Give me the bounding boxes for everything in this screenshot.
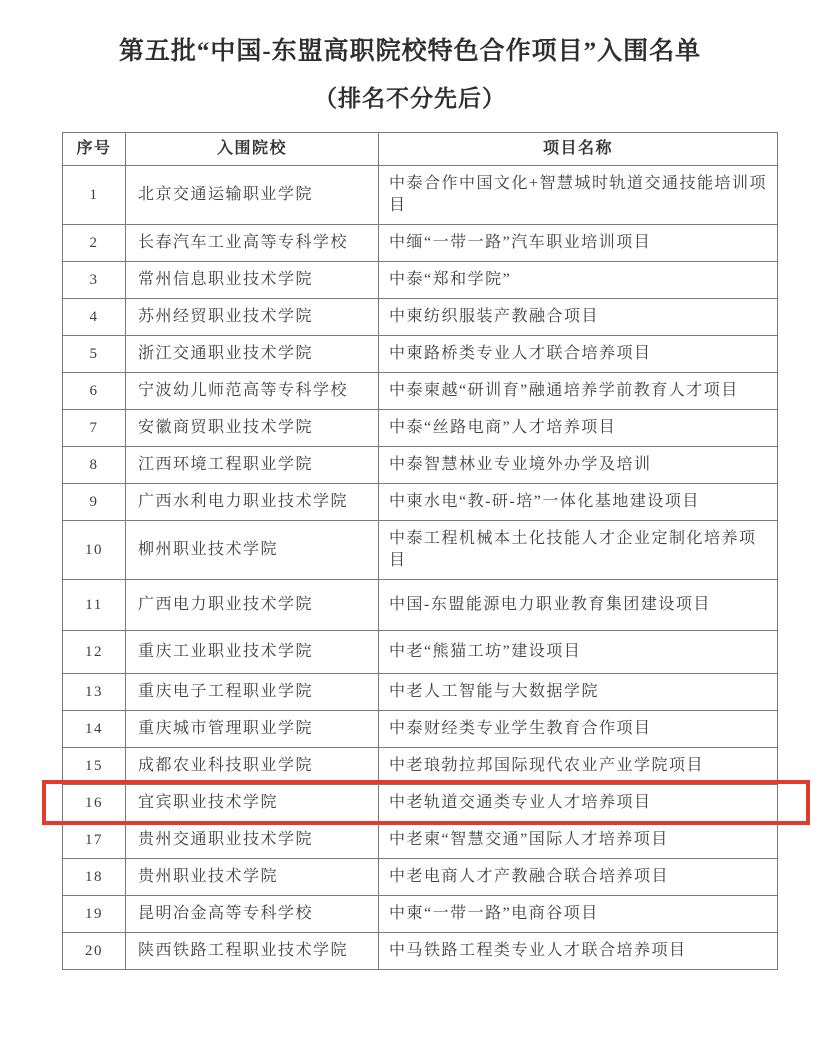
table-row: 12 重庆工业职业技术学院 中老“熊猫工坊”建设项目	[63, 631, 778, 674]
school-name: 长春汽车工业高等专科学校	[126, 225, 379, 262]
row-number: 13	[63, 674, 126, 711]
school-name: 宜宾职业技术学院	[126, 785, 379, 822]
school-name: 成都农业科技职业学院	[126, 748, 379, 785]
table-row: 13 重庆电子工程职业学院 中老人工智能与大数据学院	[63, 674, 778, 711]
row-number: 12	[63, 631, 126, 674]
row-number: 6	[63, 373, 126, 410]
school-name: 苏州经贸职业技术学院	[126, 299, 379, 336]
row-number: 14	[63, 711, 126, 748]
project-name: 中泰“丝路电商”人才培养项目	[379, 410, 778, 447]
table-row: 6 宁波幼儿师范高等专科学校 中泰柬越“研训育”融通培养学前教育人才项目	[63, 373, 778, 410]
row-number: 7	[63, 410, 126, 447]
row-number: 17	[63, 822, 126, 859]
table-row: 17 贵州交通职业技术学院 中老柬“智慧交通”国际人才培养项目	[63, 822, 778, 859]
project-name: 中泰工程机械本土化技能人才企业定制化培养项目	[379, 521, 778, 580]
project-name: 中柬“一带一路”电商谷项目	[379, 896, 778, 933]
school-name: 贵州职业技术学院	[126, 859, 379, 896]
table-row: 7 安徽商贸职业技术学院 中泰“丝路电商”人才培养项目	[63, 410, 778, 447]
row-number: 5	[63, 336, 126, 373]
project-name: 中泰柬越“研训育”融通培养学前教育人才项目	[379, 373, 778, 410]
table-row: 2 长春汽车工业高等专科学校 中缅“一带一路”汽车职业培训项目	[63, 225, 778, 262]
table-row: 1 北京交通运输职业学院 中泰合作中国文化+智慧城时轨道交通技能培训项目	[63, 166, 778, 225]
row-number: 20	[63, 933, 126, 970]
row-number: 9	[63, 484, 126, 521]
table-row: 8 江西环境工程职业学院 中泰智慧林业专业境外办学及培训	[63, 447, 778, 484]
table-row: 14 重庆城市管理职业学院 中泰财经类专业学生教育合作项目	[63, 711, 778, 748]
row-number: 4	[63, 299, 126, 336]
row-number: 11	[63, 580, 126, 631]
table-row: 10 柳州职业技术学院 中泰工程机械本土化技能人才企业定制化培养项目	[63, 521, 778, 580]
project-name: 中泰智慧林业专业境外办学及培训	[379, 447, 778, 484]
project-name: 中泰“郑和学院”	[379, 262, 778, 299]
table-row: 11 广西电力职业技术学院 中国-东盟能源电力职业教育集团建设项目	[63, 580, 778, 631]
row-number: 16	[63, 785, 126, 822]
project-name: 中老“熊猫工坊”建设项目	[379, 631, 778, 674]
table-row: 9 广西水利电力职业技术学院 中柬水电“教-研-培”一体化基地建设项目	[63, 484, 778, 521]
project-name: 中国-东盟能源电力职业教育集团建设项目	[379, 580, 778, 631]
school-name: 江西环境工程职业学院	[126, 447, 379, 484]
project-name: 中柬路桥类专业人才联合培养项目	[379, 336, 778, 373]
table-header-row: 序号 入围院校 项目名称	[63, 133, 778, 166]
page-subtitle: （排名不分先后）	[0, 82, 820, 116]
school-name: 常州信息职业技术学院	[126, 262, 379, 299]
project-name: 中泰合作中国文化+智慧城时轨道交通技能培训项目	[379, 166, 778, 225]
table-row: 20 陕西铁路工程职业技术学院 中马铁路工程类专业人才联合培养项目	[63, 933, 778, 970]
row-number: 10	[63, 521, 126, 580]
header-project: 项目名称	[379, 133, 778, 166]
project-name: 中缅“一带一路”汽车职业培训项目	[379, 225, 778, 262]
row-number: 3	[63, 262, 126, 299]
table-row: 4 苏州经贸职业技术学院 中柬纺织服装产教融合项目	[63, 299, 778, 336]
school-name: 广西水利电力职业技术学院	[126, 484, 379, 521]
table-row: 15 成都农业科技职业学院 中老琅勃拉邦国际现代农业产业学院项目	[63, 748, 778, 785]
project-name: 中柬水电“教-研-培”一体化基地建设项目	[379, 484, 778, 521]
school-name: 陕西铁路工程职业技术学院	[126, 933, 379, 970]
row-number: 8	[63, 447, 126, 484]
project-name: 中老人工智能与大数据学院	[379, 674, 778, 711]
row-number: 19	[63, 896, 126, 933]
table-row: 3 常州信息职业技术学院 中泰“郑和学院”	[63, 262, 778, 299]
table-row-highlighted: 16 宜宾职业技术学院 中老轨道交通类专业人才培养项目	[63, 785, 778, 822]
school-name: 北京交通运输职业学院	[126, 166, 379, 225]
project-name: 中柬纺织服装产教融合项目	[379, 299, 778, 336]
school-name: 宁波幼儿师范高等专科学校	[126, 373, 379, 410]
project-name: 中马铁路工程类专业人才联合培养项目	[379, 933, 778, 970]
row-number: 1	[63, 166, 126, 225]
school-name: 昆明冶金高等专科学校	[126, 896, 379, 933]
school-name: 广西电力职业技术学院	[126, 580, 379, 631]
row-number: 2	[63, 225, 126, 262]
school-name: 柳州职业技术学院	[126, 521, 379, 580]
table-wrap: 序号 入围院校 项目名称 1 北京交通运输职业学院 中泰合作中国文化+智慧城时轨…	[62, 132, 777, 970]
school-name: 重庆工业职业技术学院	[126, 631, 379, 674]
project-name: 中老琅勃拉邦国际现代农业产业学院项目	[379, 748, 778, 785]
project-name: 中老轨道交通类专业人才培养项目	[379, 785, 778, 822]
project-name: 中泰财经类专业学生教育合作项目	[379, 711, 778, 748]
project-name: 中老柬“智慧交通”国际人才培养项目	[379, 822, 778, 859]
projects-table: 序号 入围院校 项目名称 1 北京交通运输职业学院 中泰合作中国文化+智慧城时轨…	[62, 132, 778, 970]
page-title: 第五批“中国-东盟高职院校特色合作项目”入围名单	[0, 34, 820, 70]
row-number: 18	[63, 859, 126, 896]
header-school: 入围院校	[126, 133, 379, 166]
table-row: 5 浙江交通职业技术学院 中柬路桥类专业人才联合培养项目	[63, 336, 778, 373]
table-row: 18 贵州职业技术学院 中老电商人才产教融合联合培养项目	[63, 859, 778, 896]
school-name: 浙江交通职业技术学院	[126, 336, 379, 373]
table-row: 19 昆明冶金高等专科学校 中柬“一带一路”电商谷项目	[63, 896, 778, 933]
row-number: 15	[63, 748, 126, 785]
school-name: 安徽商贸职业技术学院	[126, 410, 379, 447]
school-name: 重庆城市管理职业学院	[126, 711, 379, 748]
header-no: 序号	[63, 133, 126, 166]
project-name: 中老电商人才产教融合联合培养项目	[379, 859, 778, 896]
school-name: 重庆电子工程职业学院	[126, 674, 379, 711]
school-name: 贵州交通职业技术学院	[126, 822, 379, 859]
